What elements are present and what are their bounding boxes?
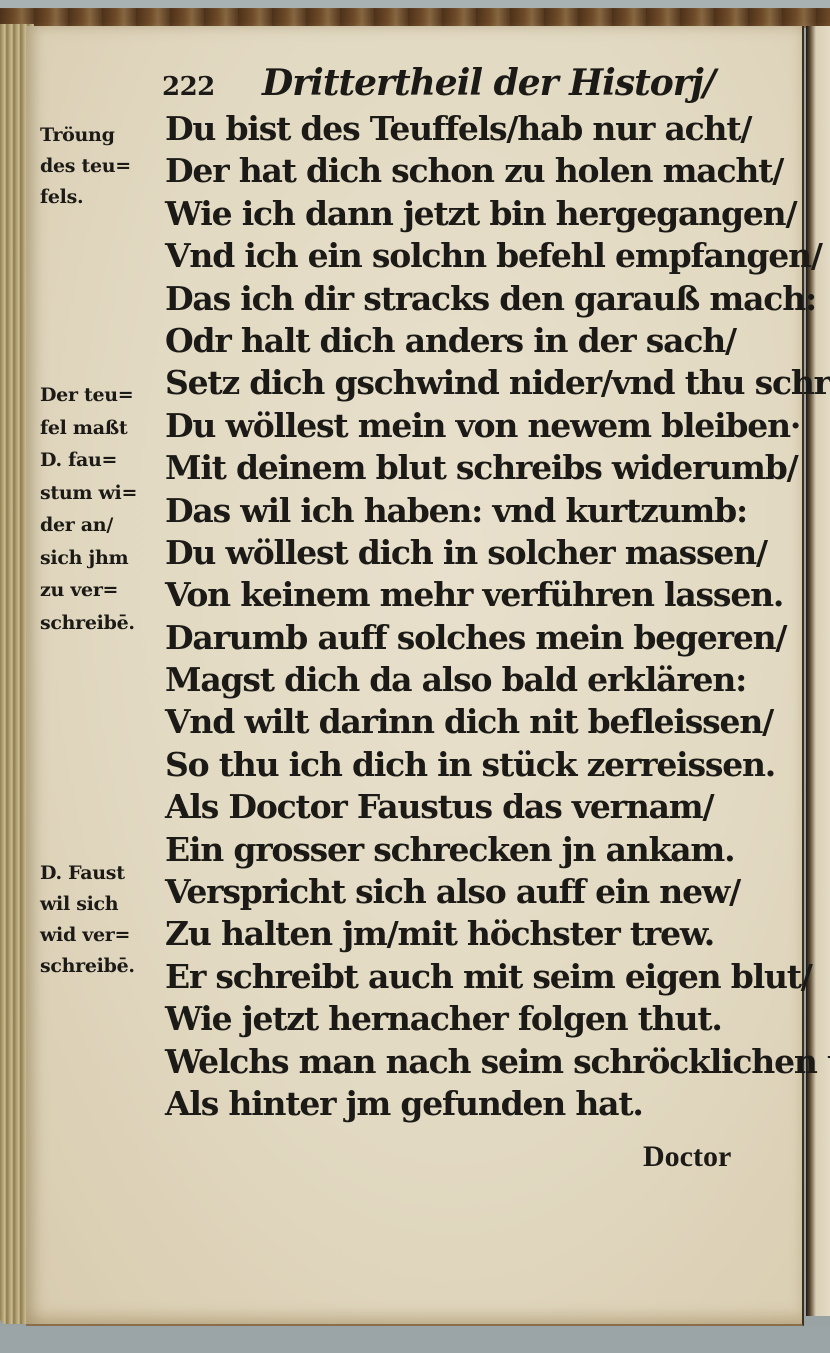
- page-number: 222: [162, 72, 215, 102]
- catchword: Doctor: [643, 1140, 731, 1174]
- verse-line: Du bist des Teuffels/hab nur acht/: [165, 108, 830, 150]
- gloss-line: D. Faust: [40, 858, 135, 889]
- running-title: Drittertheil der Historj/: [262, 62, 715, 104]
- verse-line: Odr halt dich anders in der sach/: [165, 320, 830, 362]
- gloss-line: fels.: [40, 182, 131, 213]
- verse-line: Du wöllest dich in solcher massen/: [165, 532, 830, 574]
- verse-line: Als hinter jm gefunden hat.: [165, 1083, 830, 1125]
- verse-line: Ein grosser schrecken jn ankam.: [165, 829, 830, 871]
- gloss-line: des teu=: [40, 151, 131, 182]
- gloss-line: wid ver=: [40, 920, 135, 951]
- verse-line: Als Doctor Faustus das vernam/: [165, 786, 830, 828]
- verse-line: Du wöllest mein von newem bleiben·: [165, 405, 830, 447]
- verse-line: Das wil ich haben: vnd kurtzumb:: [165, 490, 830, 532]
- verse-line: Wie jetzt hernacher folgen thut.: [165, 998, 830, 1040]
- book-scan: 222 Drittertheil der Historj/ Tröung des…: [0, 0, 830, 1353]
- verse-line: Vnd wilt darinn dich nit befleissen/: [165, 701, 830, 743]
- marginal-gloss: D. Faust wil sich wid ver= schreibē.: [40, 858, 135, 982]
- gloss-line: stum wi=: [40, 478, 137, 511]
- verse-line: Vnd ich ein solchn befehl empfangen/: [165, 235, 830, 277]
- verse-line: Setz dich gschwind nider/vnd thu schreib…: [165, 362, 830, 404]
- gloss-line: sich jhm: [40, 543, 137, 576]
- gloss-line: der an/: [40, 510, 137, 543]
- running-head: 222 Drittertheil der Historj/: [0, 62, 830, 112]
- verse-line: Zu halten jm/mit höchster trew.: [165, 913, 830, 955]
- gloss-line: D. fau=: [40, 445, 137, 478]
- marginal-gloss: Der teu= fel maßt D. fau= stum wi= der a…: [40, 380, 137, 640]
- gloss-line: fel maßt: [40, 413, 137, 446]
- verse-text: Du bist des Teuffels/hab nur acht/ Der h…: [165, 108, 830, 1125]
- verse-line: Wie ich dann jetzt bin hergegangen/: [165, 193, 830, 235]
- gloss-line: Tröung: [40, 120, 131, 151]
- verse-line: Das ich dir stracks den garauß mach:: [165, 278, 830, 320]
- gloss-line: wil sich: [40, 889, 135, 920]
- verse-line: Welchs man nach seim schröcklichen todt/: [165, 1041, 830, 1083]
- gloss-line: Der teu=: [40, 380, 137, 413]
- gloss-line: schreibē.: [40, 951, 135, 982]
- scan-background: [0, 1326, 830, 1353]
- verse-line: Magst dich da also bald erklären:: [165, 659, 830, 701]
- gloss-line: zu ver=: [40, 575, 137, 608]
- verse-line: Der hat dich schon zu holen macht/: [165, 150, 830, 192]
- verse-line: Darumb auff solches mein begeren/: [165, 617, 830, 659]
- verse-line: Verspricht sich also auff ein new/: [165, 871, 830, 913]
- gloss-line: schreibē.: [40, 608, 137, 641]
- verse-line: Er schreibt auch mit seim eigen blut/: [165, 956, 830, 998]
- verse-line: Mit deinem blut schreibs widerumb/: [165, 447, 830, 489]
- book-cover-edge: [0, 8, 830, 28]
- verse-line: So thu ich dich in stück zerreissen.: [165, 744, 830, 786]
- marginal-gloss: Tröung des teu= fels.: [40, 120, 131, 213]
- verse-line: Von keinem mehr verführen lassen.: [165, 574, 830, 616]
